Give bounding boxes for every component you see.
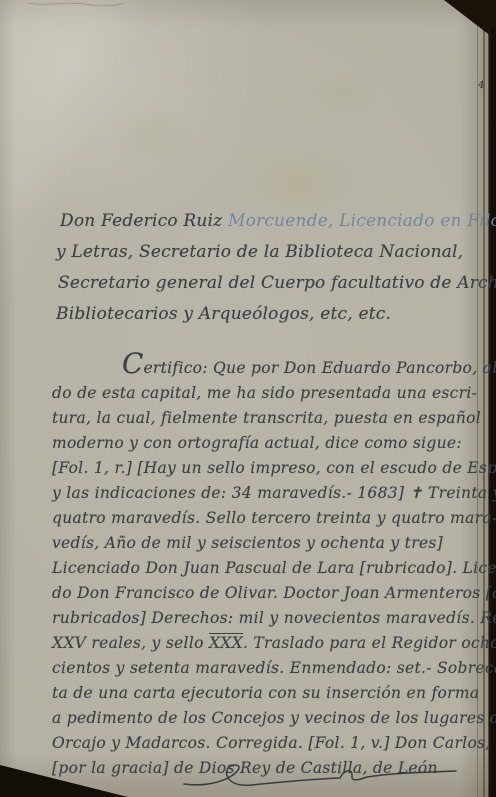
body-line: Certifico: Que por Don Eduardo Pancorbo,… [52,351,488,381]
page-body: Certifico: Que por Don Eduardo Pancorbo,… [52,351,488,781]
body-line: cientos y setenta maravedís. Enmendado: … [52,656,488,681]
body-line: Licenciado Don Juan Pascual de Lara [rub… [52,556,488,581]
body-line: vedís, Año de mil y seiscientos y ochent… [52,531,488,556]
body-line: do Don Francisco de Olivar. Doctor Joan … [52,581,488,606]
body-line: a pedimento de los Concejos y vecinos de… [52,706,488,731]
body-line: [Fol. 1, r.] [Hay un sello impreso, con … [52,456,488,481]
body-line: moderno y con ortografía actual, dice co… [52,431,488,456]
body-line: rubricados] Derechos: mil y novecientos … [52,606,488,631]
body-line: do de esta capital, me ha sido presentad… [52,381,488,406]
heading-line: Bibliotecarios y Arqueólogos, etc, etc. [56,299,484,330]
body-line: tura, la cual, fielmente transcrita, pue… [52,406,488,431]
photo-background: 4 Don Federico Ruiz Morcuende, Licenciad… [0,0,496,797]
heading-line: Don Federico Ruiz Morcuende, Licenciado … [56,206,484,237]
body-line: Orcajo y Madarcos. Corregida. [Fol. 1, v… [52,731,488,756]
body-line: ta de una carta ejecutoria con su inserc… [52,681,488,706]
heading-line: y Letras, Secretario de la Biblioteca Na… [56,237,484,268]
page-edge-shadow-right [488,28,496,797]
body-line: quatro maravedís. Sello tercero treinta … [52,506,488,531]
heading-line: Secretario general del Cuerpo facultativ… [56,268,484,299]
faint-pencil-mark [26,0,126,10]
page-heading: Don Federico Ruiz Morcuende, Licenciado … [56,206,484,330]
body-line: XXV reales, y sello XXX. Traslado para e… [52,631,488,656]
signature-flourish [178,760,464,794]
body-line: y las indicaciones de: 34 maravedís.- 16… [52,481,488,506]
